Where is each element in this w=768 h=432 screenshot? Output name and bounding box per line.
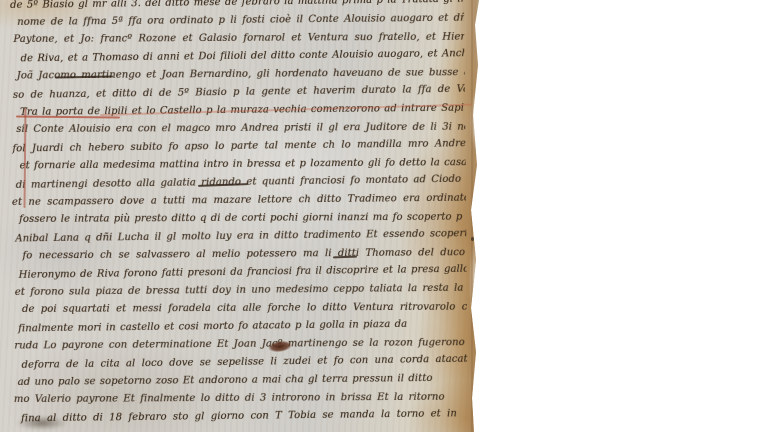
manuscript-page: de 5º Biasio gl mr alli 3. del ditto mes… (0, 0, 480, 432)
paper-edge-line (471, 0, 473, 432)
ink-smudge (16, 416, 68, 430)
ink-speck (471, 237, 474, 241)
screenshot-root: de 5º Biasio gl mr alli 3. del ditto mes… (0, 0, 768, 432)
manuscript-text: de 5º Biasio gl mr alli 3. del ditto mes… (10, 0, 468, 428)
